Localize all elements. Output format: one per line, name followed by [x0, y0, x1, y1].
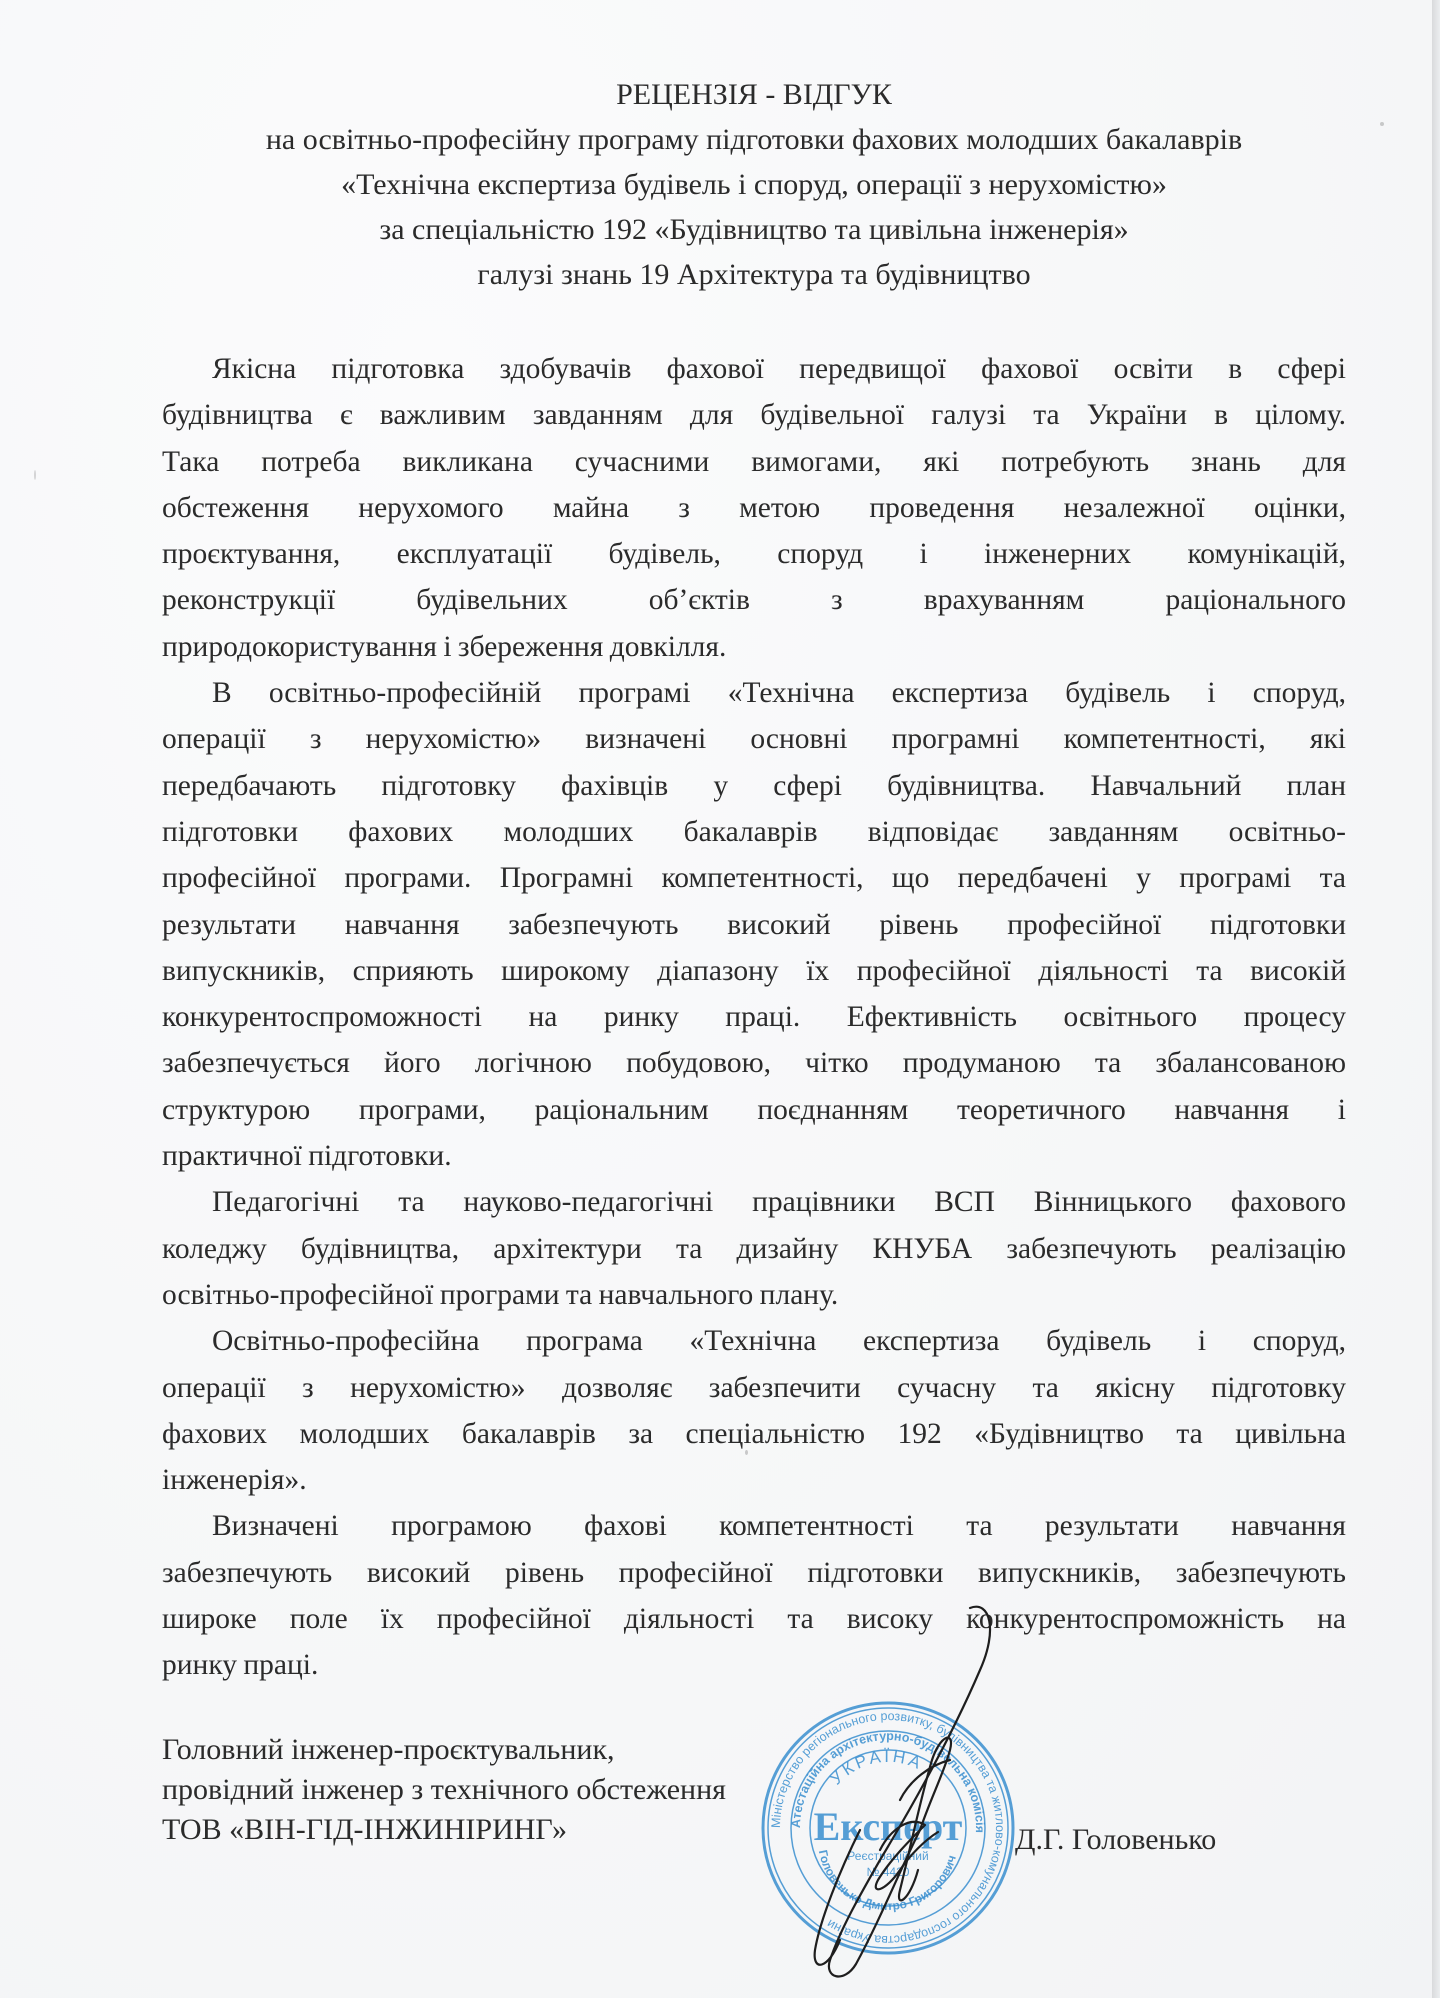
heading-line-field: галузі знань 19 Архітектура та будівницт…: [162, 252, 1346, 297]
scan-speck: [34, 470, 36, 480]
text-line: проєктування, експлуатації будівель, спо…: [162, 531, 1346, 577]
heading-line-program-name: «Технічна експертиза будівель і споруд, …: [162, 162, 1346, 207]
text-line: структурою програми, раціональним поєдна…: [162, 1087, 1346, 1133]
text-line: будівництва є важливим завданням для буд…: [162, 392, 1346, 438]
text-line: забезпечують високий рівень професійної …: [162, 1550, 1346, 1596]
text-line: Якісна підготовка здобувачів фахової пер…: [162, 346, 1346, 392]
document-title: РЕЦЕНЗІЯ - ВІДГУК: [162, 72, 1346, 117]
text-line: Така потреба викликана сучасними вимогам…: [162, 439, 1346, 485]
text-line: професійної програми. Програмні компетен…: [162, 855, 1346, 901]
signer-position-1: Головний інженер-проєктувальник,: [162, 1730, 726, 1770]
paragraph-5: Визначені програмою фахові компетентност…: [162, 1503, 1346, 1688]
text-line: коледжу будівництва, архітектури та диза…: [162, 1226, 1346, 1272]
paragraph-4: Освітньо-професійна програма «Технічна е…: [162, 1318, 1346, 1503]
page-edge: [1432, 0, 1440, 1998]
text-line: конкурентоспроможності на ринку праці. Е…: [162, 994, 1346, 1040]
paragraph-2: В освітньо-професійній програмі «Технічн…: [162, 670, 1346, 1179]
signature-block: Головний інженер-проєктувальник, провідн…: [162, 1730, 726, 1850]
text-line: Освітньо-професійна програма «Технічна е…: [162, 1318, 1346, 1364]
signer-organization: ТОВ «ВІН-ГІД-ІНЖИНІРИНГ»: [162, 1810, 726, 1850]
signer-position-2: провідний інженер з технічного обстеженн…: [162, 1770, 726, 1810]
text-line: ринку праці.: [162, 1642, 1346, 1688]
text-line: випускників, сприяють широкому діапазону…: [162, 948, 1346, 994]
signer-name: Д.Г. Головенько: [1015, 1820, 1216, 1860]
text-line: обстеження нерухомого майна з метою пров…: [162, 485, 1346, 531]
text-line: широке поле їх професійної діяльності та…: [162, 1596, 1346, 1642]
text-line: реконструкції будівельних об’єктів з вра…: [162, 577, 1346, 623]
text-line: практичної підготовки.: [162, 1133, 1346, 1179]
paragraph-3: Педагогічні та науково-педагогічні праці…: [162, 1179, 1346, 1318]
text-line: В освітньо-професійній програмі «Технічн…: [162, 670, 1346, 716]
text-line: Педагогічні та науково-педагогічні праці…: [162, 1179, 1346, 1225]
text-line: підготовки фахових молодших бакалаврів в…: [162, 809, 1346, 855]
text-line: фахових молодших бакалаврів за спеціальн…: [162, 1411, 1346, 1457]
text-line: інженерія».: [162, 1457, 1346, 1503]
text-line: природокористування і збереження довкілл…: [162, 624, 1346, 670]
scan-speck: [1380, 122, 1384, 126]
heading-line-specialty: за спеціальністю 192 «Будівництво та цив…: [162, 207, 1346, 252]
paragraph-1: Якісна підготовка здобувачів фахової пер…: [162, 346, 1346, 670]
text-line: забезпечується його логічною побудовою, …: [162, 1040, 1346, 1086]
text-line: операції з нерухомістю» дозволяє забезпе…: [162, 1365, 1346, 1411]
text-line: освітньо-професійної програми та навчаль…: [162, 1272, 1346, 1318]
text-line: результати навчання забезпечують високий…: [162, 902, 1346, 948]
text-line: операції з нерухомістю» визначені основн…: [162, 716, 1346, 762]
text-line: передбачають підготовку фахівців у сфері…: [162, 763, 1346, 809]
handwritten-signature-icon: [760, 1600, 1020, 1990]
document-heading: РЕЦЕНЗІЯ - ВІДГУК на освітньо-професійну…: [162, 72, 1346, 297]
heading-line-program: на освітньо-професійну програму підготов…: [162, 117, 1346, 162]
text-line: Визначені програмою фахові компетентност…: [162, 1503, 1346, 1549]
review-body: Якісна підготовка здобувачів фахової пер…: [162, 346, 1346, 1689]
